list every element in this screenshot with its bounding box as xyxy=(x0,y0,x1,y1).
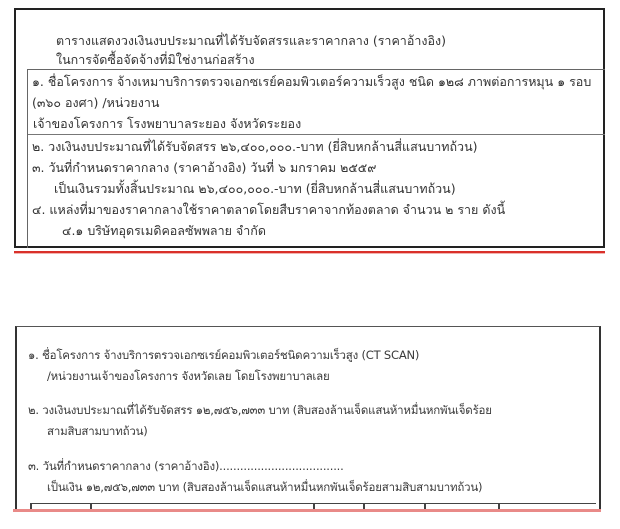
table-row-project-name: ๑. ชื่อโครงการ จ้างเหมาบริการตรวจเอกซเรย… xyxy=(28,70,605,135)
project-name-line-2: (๓๖๐ องศา) /หน่วยงาน xyxy=(32,92,605,113)
document-excerpt-loei: ๑. ชื่อโครงการ จ้างบริการตรวจเอกซเรย์คอม… xyxy=(15,326,601,510)
reference-price-date: ๓. วันที่กำหนดราคากลาง (ราคาอ้างอิง)....… xyxy=(28,458,344,476)
reference-price-total: เป็นเงินรวมทั้งสิ้นประมาณ ๒๖,๔๐๐,๐๐๐.-บา… xyxy=(32,178,605,199)
table-row-budget-details: ๒. วงเงินงบประมาณที่ได้รับจัดสรร ๒๖,๔๐๐,… xyxy=(28,135,605,241)
project-info-table: ๑. ชื่อโครงการ จ้างเหมาบริการตรวจเอกซเรย… xyxy=(27,69,605,248)
red-divider-rule xyxy=(13,509,601,512)
project-name-line-1: ๑. ชื่อโครงการ จ้างบริการตรวจเอกซเรย์คอม… xyxy=(28,347,419,365)
budget-allocated: ๒. วงเงินงบประมาณที่ได้รับจัดสรร ๒๖,๔๐๐,… xyxy=(32,136,605,157)
red-divider-rule-shadow xyxy=(14,253,605,254)
price-source-company-1: ๔.๑ บริษัทอุดรเมดิคอลซัพพลาย จำกัด xyxy=(32,220,605,241)
project-name-line-1: ๑. ชื่อโครงการ จ้างเหมาบริการตรวจเอกซเรย… xyxy=(32,71,605,92)
reference-price-date: ๓. วันที่กำหนดราคากลาง (ราคาอ้างอิง) วัน… xyxy=(32,157,605,178)
budget-allocated-line-1: ๒. วงเงินงบประมาณที่ได้รับจัดสรร ๑๒,๗๕๖,… xyxy=(28,402,492,420)
document-excerpt-rayong: ตารางแสดงวงเงินงบประมาณที่ได้รับจัดสรรแล… xyxy=(14,8,605,248)
price-source: ๔. แหล่งที่มาของราคากลางใช้ราคาตลาดโดยสื… xyxy=(32,199,605,220)
project-name-line-2: /หน่วยงานเจ้าของโครงการ จังหวัดเลย โดยโร… xyxy=(47,368,330,386)
project-owner-line: เจ้าของโครงการ โรงพยาบาลระยอง จังหวัดระย… xyxy=(32,113,605,134)
reference-price-total: เป็นเงิน ๑๒,๗๕๖,๗๓๓ บาท (สิบสองล้านเจ็ดแ… xyxy=(47,479,482,497)
document-title-line-1: ตารางแสดงวงเงินงบประมาณที่ได้รับจัดสรรแล… xyxy=(56,31,446,51)
budget-allocated-line-2: สามสิบสามบาทถ้วน) xyxy=(47,423,148,441)
document-title-line-2: ในการจัดซื้อจัดจ้างที่มิใช่งานก่อสร้าง xyxy=(56,50,255,70)
